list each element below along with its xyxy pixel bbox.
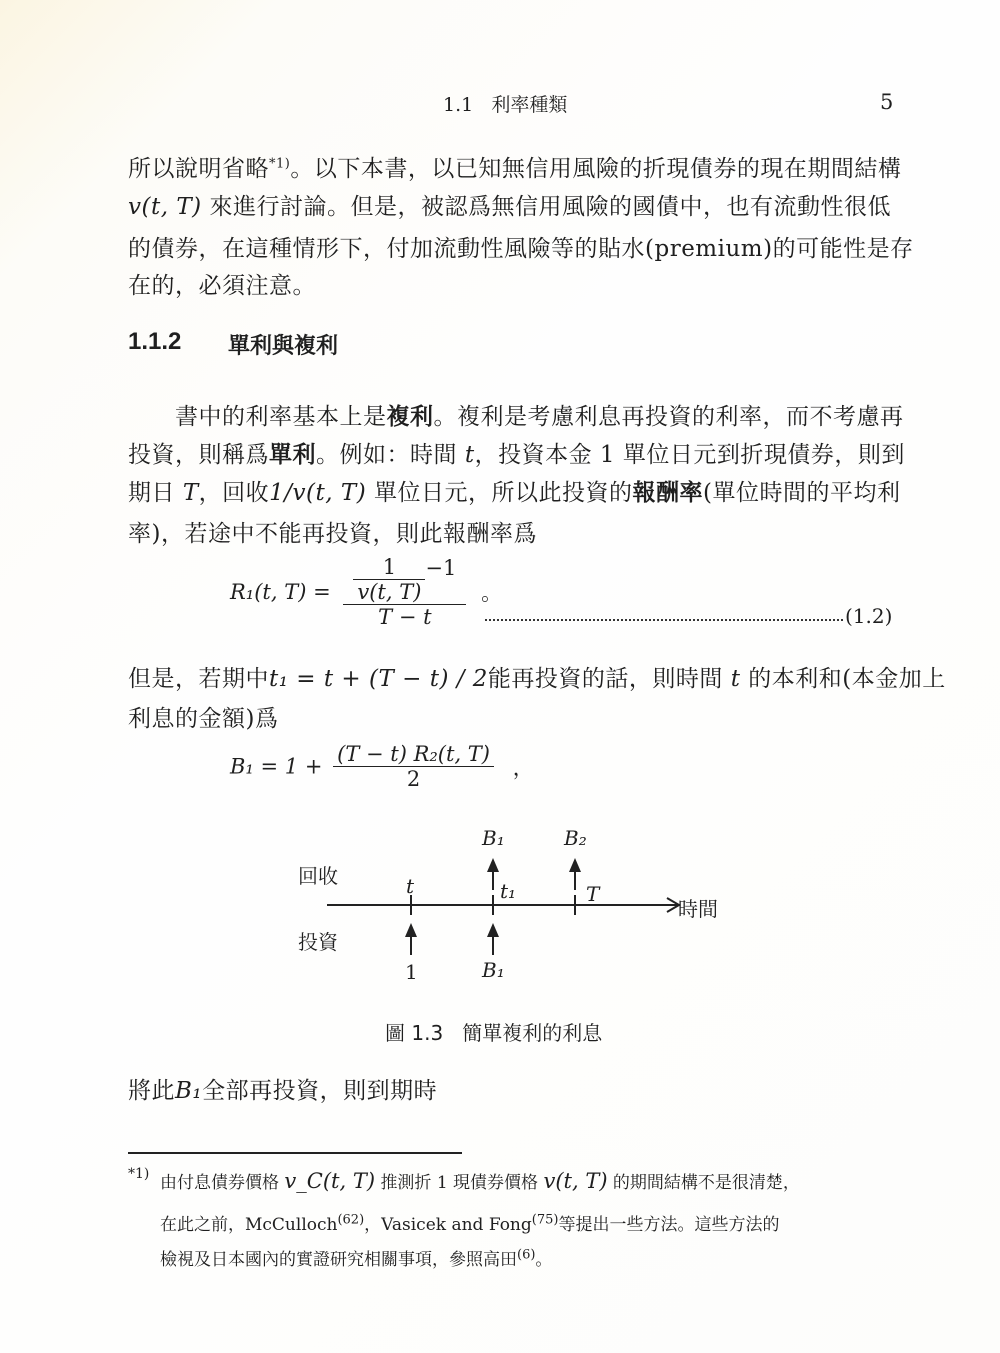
arrow-up-icon — [569, 858, 581, 872]
citation-ref: (62) — [337, 1212, 364, 1227]
text: 由付息債券價格 — [160, 1173, 279, 1193]
label-B1-collect: B₁ — [482, 826, 505, 850]
axis-label-time: 時間 — [678, 893, 718, 922]
label-invest: 投資 — [298, 926, 338, 955]
text: ，Vasicek and Fong — [364, 1215, 532, 1235]
footnote-line1: 由付息債券價格 v_C(t, T) 推測折 1 現債券價格 v(t, T) 的期… — [160, 1168, 800, 1193]
arrow-up-icon — [487, 858, 499, 872]
text: 等提出一些方法。這些方法的 — [558, 1215, 779, 1235]
figure-1-3: 回收 投資 時間 t t₁ T B₁ B₂ 1 B₁ 圖 1.3 簡單複利的利息 — [0, 0, 1000, 1353]
tick-label-t: t — [406, 874, 414, 898]
text: 的期間結構不是很清楚， — [613, 1173, 800, 1193]
caption-text: 簡單複利的利息 — [462, 1021, 602, 1045]
figure-caption: 圖 1.3 簡單複利的利息 — [385, 1017, 602, 1046]
caption-number: 圖 1.3 — [385, 1021, 443, 1045]
text: 全部再投資，則到期時 — [202, 1078, 437, 1104]
label-B1-invest: B₁ — [482, 958, 505, 982]
text: 將此 — [128, 1078, 175, 1104]
arrow-up-icon — [405, 923, 417, 937]
text: 檢視及日本國內的實證研究相關事項，參照高田 — [160, 1250, 517, 1270]
footnote-line3: 檢視及日本國內的實證研究相關事項，參照高田(6)。 — [160, 1245, 552, 1270]
label-invest-1: 1 — [405, 960, 418, 984]
footnote-line2: 在此之前，McCulloch(62)，Vasicek and Fong(75)等… — [160, 1210, 779, 1235]
math-inline: v(t, T) — [543, 1169, 607, 1193]
tick-label-t1: t₁ — [500, 879, 516, 903]
arrow-up-icon — [487, 923, 499, 937]
text: 。 — [535, 1250, 552, 1270]
footnote-rule — [128, 1152, 462, 1154]
label-collect: 回收 — [298, 860, 338, 889]
para4-line1: 將此B₁全部再投資，則到期時 — [128, 1072, 437, 1105]
book-page: 1.1 利率種類 5 所以說明省略*1)。以下本書，以已知無信用風險的折現債券的… — [0, 0, 1000, 1353]
math-inline: v_C(t, T) — [284, 1169, 375, 1193]
tick-label-T: T — [586, 882, 599, 906]
text: 在此之前，McCulloch — [160, 1215, 337, 1235]
text: 推測折 1 現債券價格 — [380, 1173, 538, 1193]
label-B2-collect: B₂ — [564, 826, 587, 850]
timeline-diagram — [0, 0, 1000, 1353]
citation-ref: (75) — [532, 1212, 559, 1227]
citation-ref: (6) — [517, 1247, 535, 1262]
footnote-marker: *1) — [128, 1166, 149, 1182]
math-inline: B₁ — [175, 1078, 202, 1104]
